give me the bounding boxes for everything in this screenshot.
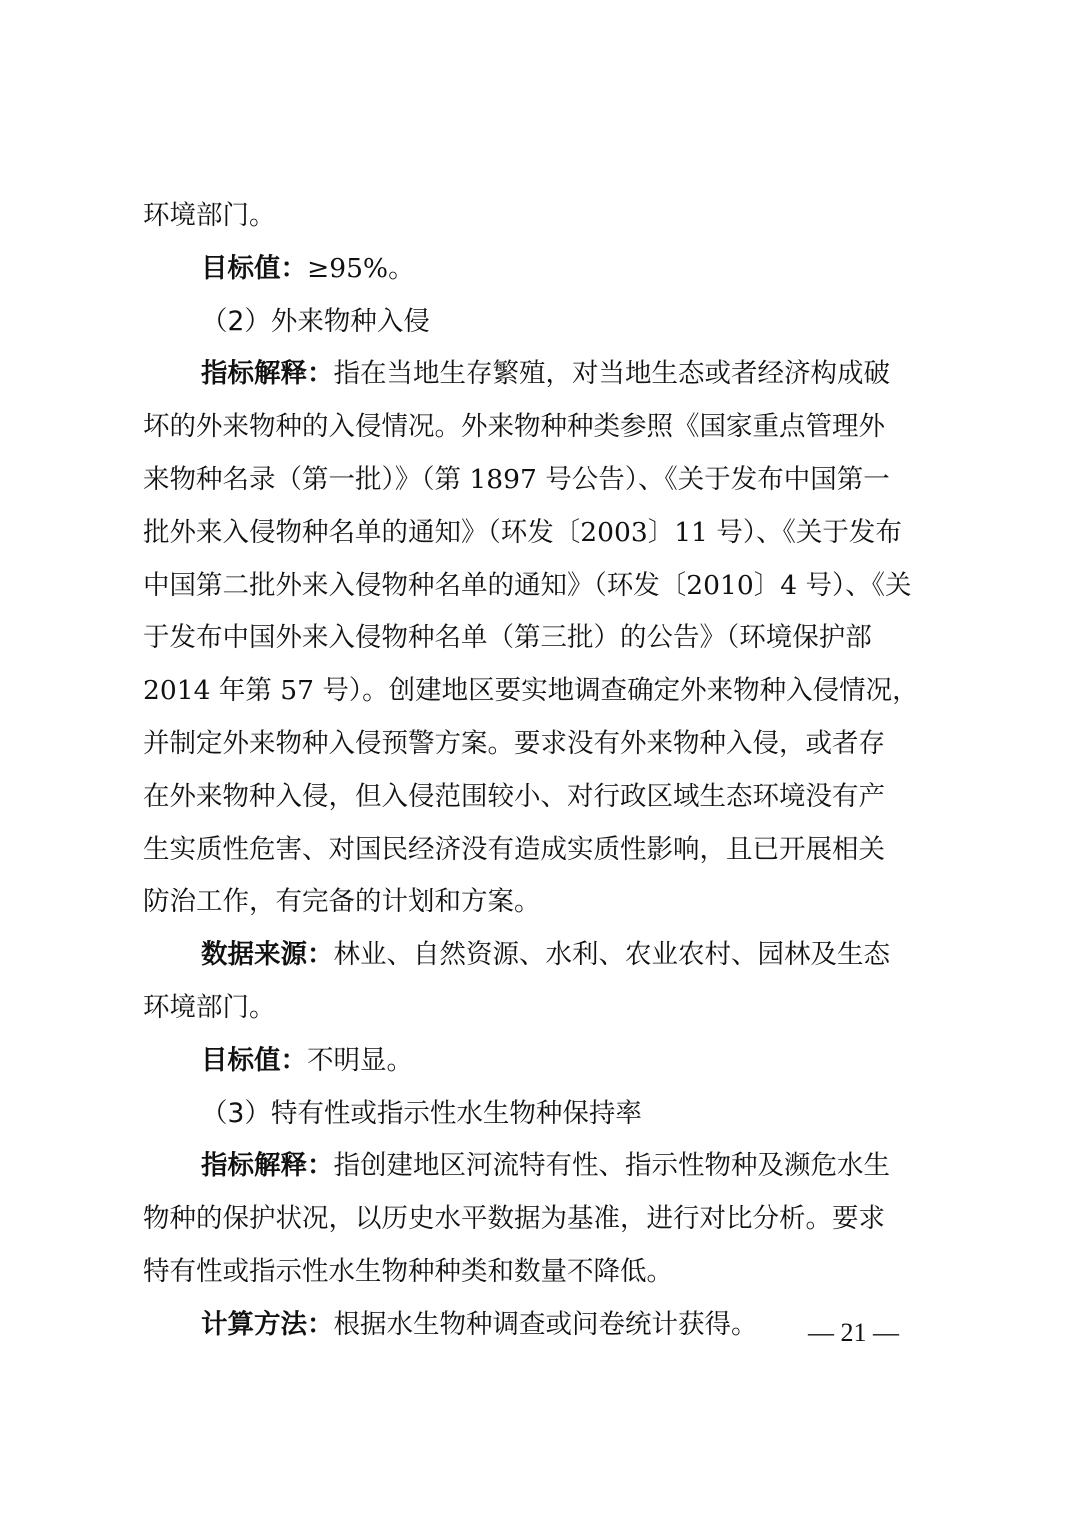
target-value-line: 目标值：≥95%。 xyxy=(143,243,939,296)
text-line: 生实质性危害、对国民经济没有造成实质性影响，且已开展相关 xyxy=(143,824,939,877)
text-line: 坏的外来物种的入侵情况。外来物种种类参照《国家重点管理外 xyxy=(143,401,939,454)
text-line: 特有性或指示性水生物种种类和数量不降低。 xyxy=(143,1246,939,1299)
field-label: 指标解释： xyxy=(201,358,334,389)
text-line: 在外来物种入侵，但入侵范围较小、对行政区域生态环境没有产 xyxy=(143,771,939,824)
text-line: 并制定外来物种入侵预警方案。要求没有外来物种入侵，或者存 xyxy=(143,718,939,771)
field-label: 目标值： xyxy=(201,1045,307,1076)
text-line: 批外来入侵物种名单的通知》（环发〔2003〕11 号）、《关于发布 xyxy=(143,507,939,560)
field-value: 林业、自然资源、水利、农业农村、园林及生态 xyxy=(334,939,891,970)
field-label: 目标值： xyxy=(201,253,307,284)
field-value: 不明显。 xyxy=(307,1045,413,1076)
section-heading: （3）特有性或指示性水生物种保持率 xyxy=(143,1088,939,1141)
field-value: 指创建地区河流特有性、指示性物种及濒危水生 xyxy=(334,1150,891,1181)
text-line: 物种的保护状况，以历史水平数据为基准，进行对比分析。要求 xyxy=(143,1193,939,1246)
field-label: 计算方法： xyxy=(201,1309,334,1340)
text-line: 中国第二批外来入侵物种名单的通知》（环发〔2010〕4 号）、《关 xyxy=(143,560,939,613)
field-label: 指标解释： xyxy=(201,1150,334,1181)
section-heading: （2）外来物种入侵 xyxy=(143,296,939,349)
target-value-line: 目标值：不明显。 xyxy=(143,1035,939,1088)
indicator-explanation-line: 指标解释：指在当地生存繁殖，对当地生态或者经济构成破 xyxy=(143,348,939,401)
indicator-explanation-line: 指标解释：指创建地区河流特有性、指示性物种及濒危水生 xyxy=(143,1140,939,1193)
document-page: 环境部门。 目标值：≥95%。 （2）外来物种入侵 指标解释：指在当地生存繁殖，… xyxy=(0,0,1074,1520)
document-body: 环境部门。 目标值：≥95%。 （2）外来物种入侵 指标解释：指在当地生存繁殖，… xyxy=(143,190,939,1352)
text-line: 环境部门。 xyxy=(143,982,939,1035)
text-line: 2014 年第 57 号）。创建地区要实地调查确定外来物种入侵情况， xyxy=(143,665,939,718)
page-number: — 21 — xyxy=(808,1318,899,1348)
text-line: 防治工作，有完备的计划和方案。 xyxy=(143,876,939,929)
text-line: 来物种名录（第一批）》（第 1897 号公告）、《关于发布中国第一 xyxy=(143,454,939,507)
text-line: 于发布中国外来入侵物种名单（第三批）的公告》（环境保护部 xyxy=(143,612,939,665)
field-value: 根据水生物种调查或问卷统计获得。 xyxy=(334,1309,758,1340)
field-value: 指在当地生存繁殖，对当地生态或者经济构成破 xyxy=(334,358,891,389)
data-source-line: 数据来源：林业、自然资源、水利、农业农村、园林及生态 xyxy=(143,929,939,982)
text-line: 环境部门。 xyxy=(143,190,939,243)
field-label: 数据来源： xyxy=(201,939,334,970)
field-value: ≥95%。 xyxy=(307,253,415,284)
